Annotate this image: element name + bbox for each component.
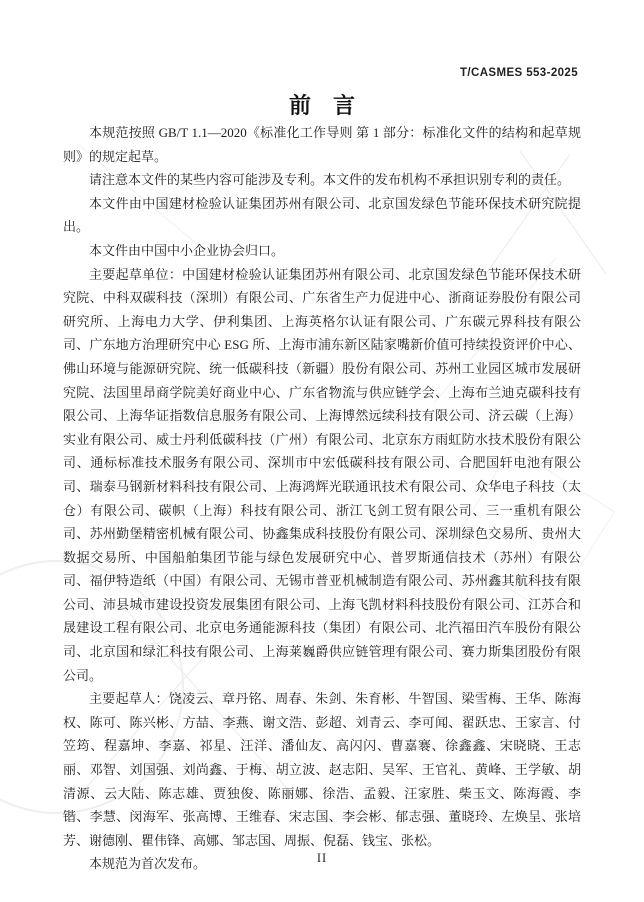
page-title: 前 言 xyxy=(0,89,644,120)
standard-code-header: T/CASMES 553-2025 xyxy=(460,67,578,79)
page-number: II xyxy=(0,851,644,866)
paragraph-drafting-basis: 本规范按照 GB/T 1.1—2020《标准化工作导则 第 1 部分：标准化文件… xyxy=(63,121,581,168)
paragraph-patent-notice: 请注意本文件的某些内容可能涉及专利。本文件的发布机构不承担识别专利的责任。 xyxy=(63,168,581,192)
paragraph-under-jurisdiction: 本文件由中国中小企业协会归口。 xyxy=(63,239,581,263)
paragraph-proposed-by: 本文件由中国建材检验认证集团苏州有限公司、北京国发绿色节能环保技术研究院提出。 xyxy=(63,192,581,239)
foreword-body: 本规范按照 GB/T 1.1—2020《标准化工作导则 第 1 部分：标准化文件… xyxy=(63,121,581,876)
document-page: T/CASMES 553-2025 前 言 本规范按照 GB/T 1.1—202… xyxy=(0,0,644,902)
paragraph-drafting-organizations: 主要起草单位：中国建材检验认证集团苏州有限公司、北京国发绿色节能环保技术研究院、… xyxy=(63,263,581,688)
paragraph-main-drafters: 主要起草人：饶凌云、章丹铭、周春、朱剑、朱育彬、牛智国、梁雪梅、王华、陈海权、陈… xyxy=(63,687,581,852)
